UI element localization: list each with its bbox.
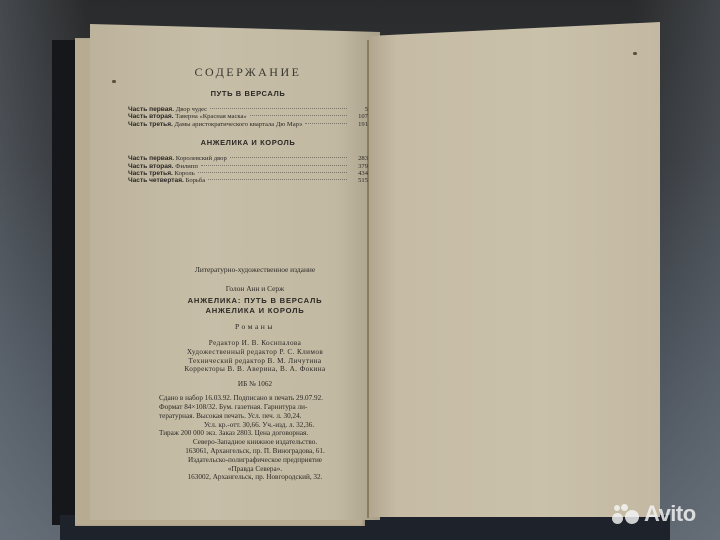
leader-dots xyxy=(210,108,347,109)
toc-entry-page: 107 xyxy=(350,113,368,120)
book-title-line: АНЖЕЛИКА И КОРОЛЬ xyxy=(145,306,365,316)
toc-entry: Часть первая. Королевский двор 283 xyxy=(128,155,368,162)
authors: Голон Анн и Серж xyxy=(145,284,365,293)
toc-entry-name: Королевский двор xyxy=(176,155,227,162)
toc-entry-page: 379 xyxy=(350,163,368,170)
toc-entry-page: 5 xyxy=(350,106,368,113)
print-specs: Сдано в набор 16.03.92. Подписано в печа… xyxy=(145,394,359,438)
leader-dots xyxy=(305,123,347,124)
leader-dots xyxy=(201,165,347,166)
avito-watermark: Avito xyxy=(612,500,696,528)
toc-entry: Часть вторая. Филипп 379 xyxy=(128,163,368,170)
toc-section-title: АНЖЕЛИКА И КОРОЛЬ xyxy=(128,138,368,147)
right-page-blank xyxy=(368,22,660,517)
toc-entry-name: Филипп xyxy=(175,163,198,170)
toc-title: СОДЕРЖАНИЕ xyxy=(128,65,368,80)
toc-entry: Часть третья. Дамы аристократического кв… xyxy=(128,121,368,128)
toc-entry-name: Дамы аристократического квартала Дю Марэ xyxy=(175,121,302,128)
table-of-contents: СОДЕРЖАНИЕ ПУТЬ В ВЕРСАЛЬ Часть первая. … xyxy=(128,65,368,185)
spec-line: Сдано в набор 16.03.92. Подписано в печа… xyxy=(159,394,359,403)
publisher-line: 163061, Архангельск, пр. П. Виноградова,… xyxy=(145,447,365,456)
credits: Редактор И. В. Коснпалова Художественный… xyxy=(145,339,365,374)
toc-entry: Часть третья. Король 434 xyxy=(128,170,368,177)
toc-entry-part: Часть четвертая. xyxy=(128,177,184,184)
leader-dots xyxy=(230,157,347,158)
paper-speck xyxy=(112,80,116,83)
leader-dots xyxy=(250,115,347,116)
toc-entry-part: Часть третья. xyxy=(128,121,173,128)
toc-entry-part: Часть первая. xyxy=(128,106,174,113)
toc-entry-part: Часть вторая. xyxy=(128,163,174,170)
colophon: Литературно-художественное издание Голон… xyxy=(145,265,365,482)
genre: Романы xyxy=(145,322,365,331)
spec-line: тературная. Высокая печать. Усл. печ. л.… xyxy=(159,412,359,421)
publisher-line: Северо-Западное книжное издательство. xyxy=(145,438,365,447)
book-title-line: АНЖЕЛИКА: ПУТЬ В ВЕРСАЛЬ xyxy=(145,296,365,306)
publisher-line: «Правда Севера». xyxy=(145,465,365,474)
edition-type: Литературно-художественное издание xyxy=(145,265,365,274)
avito-dots-logo-icon xyxy=(612,502,640,526)
toc-entry-name: Борьба xyxy=(186,177,206,184)
spec-line: Тираж 200 000 экз. Заказ 2803. Цена дого… xyxy=(159,429,359,438)
toc-section-title: ПУТЬ В ВЕРСАЛЬ xyxy=(128,89,368,98)
credit-line: Художественный редактор Р. С. Климов xyxy=(145,348,365,357)
toc-entry-part: Часть первая. xyxy=(128,155,174,162)
credit-line: Корректоры В. В. Аверина, В. А. Фокина xyxy=(145,365,365,374)
credit-line: Редактор И. В. Коснпалова xyxy=(145,339,365,348)
publisher-info: Северо-Западное книжное издательство. 16… xyxy=(145,438,365,482)
credit-line: Технический редактор В. М. Личутина xyxy=(145,357,365,366)
spec-line: Формат 84×108/32. Бум. газетная. Гарниту… xyxy=(159,403,359,412)
toc-entry: Часть вторая. Таверна «Красная маска» 10… xyxy=(128,113,368,120)
toc-entry: Часть четвертая. Борьба 515 xyxy=(128,177,368,184)
toc-entry-part: Часть вторая. xyxy=(128,113,174,120)
publisher-line: Издательско-полиграфическое предприятие xyxy=(145,456,365,465)
toc-entry-name: Таверна «Красная маска» xyxy=(175,113,246,120)
toc-entry-page: 515 xyxy=(350,177,368,184)
spec-line: Усл. кр.-отт. 30,66. Уч.-изд. л. 32,36. xyxy=(159,421,359,430)
toc-entry-name: Король xyxy=(175,170,195,177)
paper-speck xyxy=(633,52,637,55)
leader-dots xyxy=(208,179,347,180)
avito-brand-text: Avito xyxy=(644,501,696,527)
toc-entry: Часть первая. Двор чудес 5 xyxy=(128,106,368,113)
toc-entry-page: 434 xyxy=(350,170,368,177)
leader-dots xyxy=(198,172,347,173)
toc-entry-part: Часть третья. xyxy=(128,170,173,177)
publisher-line: 163002, Архангельск, пр. Новгородский, 3… xyxy=(145,473,365,482)
toc-entry-page: 191 xyxy=(350,121,368,128)
toc-entry-page: 283 xyxy=(350,155,368,162)
ib-number: ИБ № 1062 xyxy=(145,380,365,388)
toc-entry-name: Двор чудес xyxy=(176,106,207,113)
